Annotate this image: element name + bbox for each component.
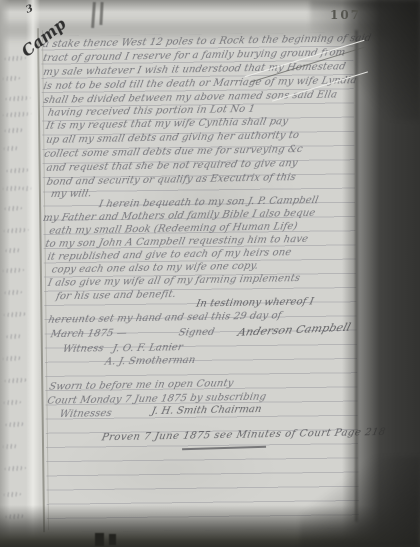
date-line: March 1875 —: [50, 328, 128, 340]
witness-signature: A. J. Smotherman: [104, 355, 196, 368]
witness-signature: J. O. F. Lanier: [112, 342, 184, 354]
gutter-highlight: [26, 0, 40, 547]
binding-tab: [109, 534, 116, 545]
binding-tab: [95, 533, 104, 546]
signed-label: Signed: [178, 327, 216, 339]
chairman-signature: J. H. Smith Chairman: [150, 404, 262, 417]
will-text-line: my will.: [50, 188, 93, 200]
scan-left-edge: [0, 0, 10, 547]
scanned-will-page: a stake thence West 12 poles to a Rock t…: [0, 0, 420, 547]
witness-label: Witness: [62, 343, 105, 355]
witnesses-label: Witnesses: [59, 408, 113, 420]
will-text-line: for his use and benefit.: [55, 289, 177, 302]
scan-bottom-right-shadow: [300, 457, 420, 547]
scan-top-right-shadow: [310, 0, 420, 120]
testimony-clause: In testimony whereof I: [195, 296, 315, 309]
page-number: 107: [330, 8, 361, 22]
